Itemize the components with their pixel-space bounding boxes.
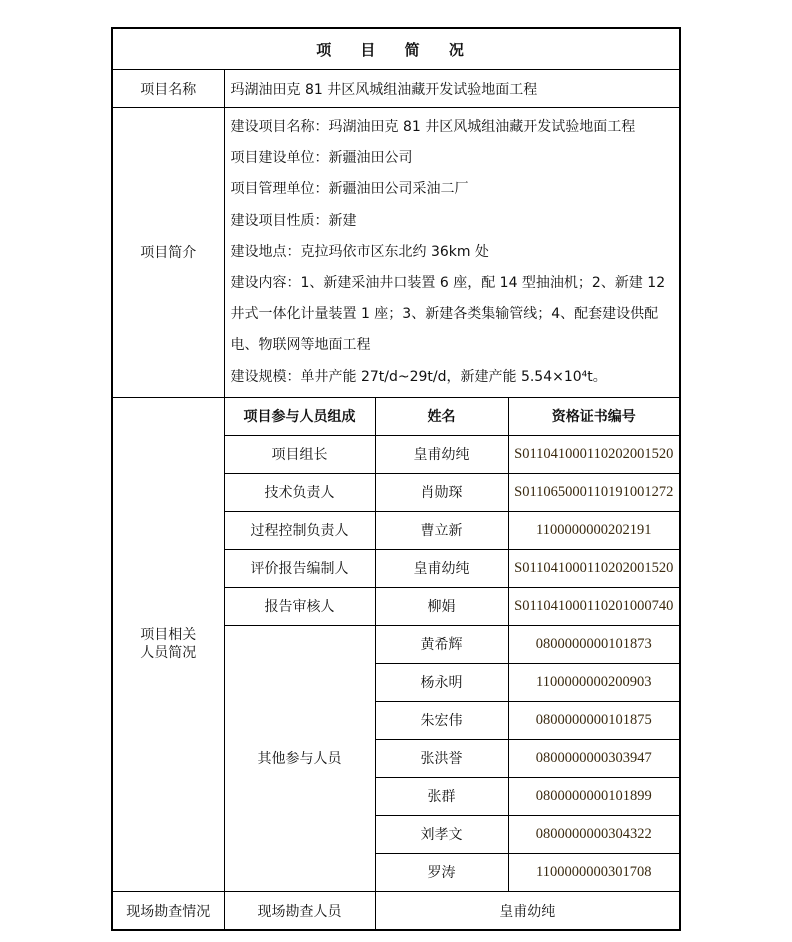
cert-cell: 0800000000101899 [508, 777, 679, 815]
table-title: 项 目 简 况 [113, 29, 679, 70]
personnel-label: 项目相关 人员简况 [113, 397, 224, 891]
intro-line: 建设地点：克拉玛依市区东北约 36km 处 [231, 237, 674, 268]
project-intro-content: 建设项目名称：玛湖油田克 81 井区风城组油藏开发试验地面工程 项目建设单位：新… [224, 108, 679, 398]
cert-cell: 0800000000303947 [508, 739, 679, 777]
cert-cell: S011041000110202001520 [508, 435, 679, 473]
personnel-label-line2: 人员简况 [113, 644, 224, 662]
cert-cell: 0800000000101873 [508, 625, 679, 663]
name-cell: 朱宏伟 [375, 701, 508, 739]
name-cell: 黄希辉 [375, 625, 508, 663]
name-cell: 柳娟 [375, 587, 508, 625]
name-cell: 张洪誉 [375, 739, 508, 777]
header-name: 姓名 [375, 397, 508, 435]
name-cell: 刘孝文 [375, 815, 508, 853]
intro-line: 建设内容：1、新建采油井口装置 6 座，配 14 型抽油机；2、新建 12 井式… [231, 268, 674, 362]
name-cell: 罗涛 [375, 853, 508, 891]
project-intro-label: 项目简介 [113, 108, 224, 398]
name-cell: 肖勋琛 [375, 473, 508, 511]
site-survey-value: 皇甫幼纯 [375, 891, 679, 929]
name-cell: 皇甫幼纯 [375, 549, 508, 587]
name-cell: 张群 [375, 777, 508, 815]
site-survey-sub-label: 现场勘查人员 [224, 891, 375, 929]
role-cell: 评价报告编制人 [224, 549, 375, 587]
intro-line: 项目管理单位：新疆油田公司采油二厂 [231, 174, 674, 205]
cert-cell: 1100000000301708 [508, 853, 679, 891]
intro-line: 建设项目名称：玛湖油田克 81 井区风城组油藏开发试验地面工程 [231, 112, 674, 143]
cert-cell: S011041000110202001520 [508, 549, 679, 587]
role-cell: 报告审核人 [224, 587, 375, 625]
cert-cell: 0800000000101875 [508, 701, 679, 739]
personnel-label-line1: 项目相关 [113, 626, 224, 644]
role-cell: 项目组长 [224, 435, 375, 473]
cert-cell: S011065000110191001272 [508, 473, 679, 511]
intro-line: 项目建设单位：新疆油田公司 [231, 143, 674, 174]
intro-line: 建设规模：单井产能 27t/d~29t/d，新建产能 5.54×10⁴t。 [231, 362, 674, 393]
name-cell: 曹立新 [375, 511, 508, 549]
cert-cell: 1100000000202191 [508, 511, 679, 549]
project-name-label: 项目名称 [113, 70, 224, 108]
name-cell: 杨永明 [375, 663, 508, 701]
cert-cell: 0800000000304322 [508, 815, 679, 853]
cert-cell: 1100000000200903 [508, 663, 679, 701]
project-name-value: 玛湖油田克 81 井区风城组油藏开发试验地面工程 [224, 70, 679, 108]
role-cell: 过程控制负责人 [224, 511, 375, 549]
role-cell: 技术负责人 [224, 473, 375, 511]
others-label: 其他参与人员 [224, 625, 375, 891]
intro-line: 建设项目性质：新建 [231, 206, 674, 237]
header-cert: 资格证书编号 [508, 397, 679, 435]
site-survey-label: 现场勘查情况 [113, 891, 224, 929]
project-overview-table: 项 目 简 况 项目名称 玛湖油田克 81 井区风城组油藏开发试验地面工程 项目… [111, 27, 681, 931]
name-cell: 皇甫幼纯 [375, 435, 508, 473]
cert-cell: S011041000110201000740 [508, 587, 679, 625]
header-role: 项目参与人员组成 [224, 397, 375, 435]
